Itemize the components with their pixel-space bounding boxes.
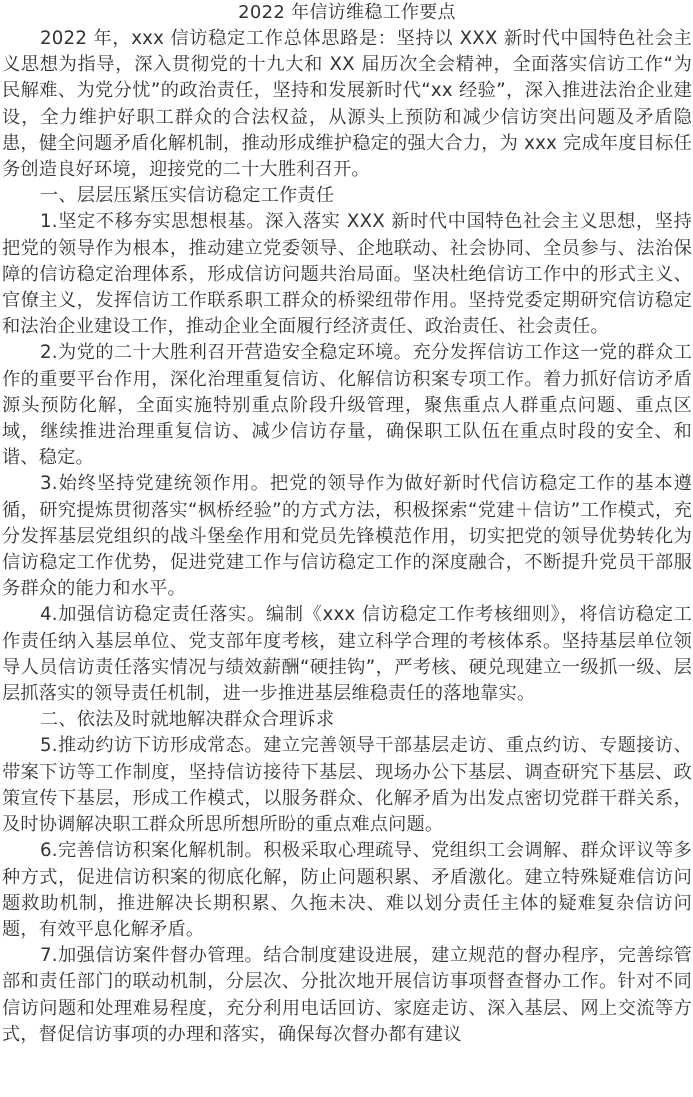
document-page: 2022 年信访维稳工作要点 2022 年，xxx 信访稳定工作总体思路是：坚持… <box>0 0 693 1048</box>
section-item: 3.始终坚持党建统领作用。把党的领导作为做好新时代信访稳定工作的基本遵循，研究提… <box>2 471 692 602</box>
section-item: 7.加强信访案件督办管理。结合制度建设进展，建立规范的督办程序，完善综管部和责任… <box>2 943 692 1048</box>
document-title: 2022 年信访维稳工作要点 <box>2 0 692 26</box>
intro-paragraph: 2022 年，xxx 信访稳定工作总体思路是：坚持以 XXX 新时代中国特色社会… <box>2 26 692 183</box>
section-2: 二、依法及时就地解决群众合理诉求 5.推动约访下访形成常态。建立完善领导干部基层… <box>2 707 692 1048</box>
section-item: 2.为党的二十大胜利召开营造安全稳定环境。充分发挥信访工作这一党的群众工作的重要… <box>2 340 692 471</box>
section-item: 5.推动约访下访形成常态。建立完善领导干部基层走访、重点约访、专题接访、带案下访… <box>2 733 692 838</box>
section-1: 一、层层压紧压实信访稳定工作责任 1.坚定不移夯实思想根基。深入落实 XXX 新… <box>2 183 692 707</box>
section-heading: 二、依法及时就地解决群众合理诉求 <box>2 707 692 733</box>
section-item: 6.完善信访积案化解机制。积极采取心理疏导、党组织工会调解、群众评议等多种方式，… <box>2 838 692 943</box>
section-heading: 一、层层压紧压实信访稳定工作责任 <box>2 183 692 209</box>
section-item: 4.加强信访稳定责任落实。编制《xxx 信访稳定工作考核细则》，将信访稳定工作责… <box>2 602 692 707</box>
section-item: 1.坚定不移夯实思想根基。深入落实 XXX 新时代中国特色社会主义思想，坚持把党… <box>2 209 692 340</box>
